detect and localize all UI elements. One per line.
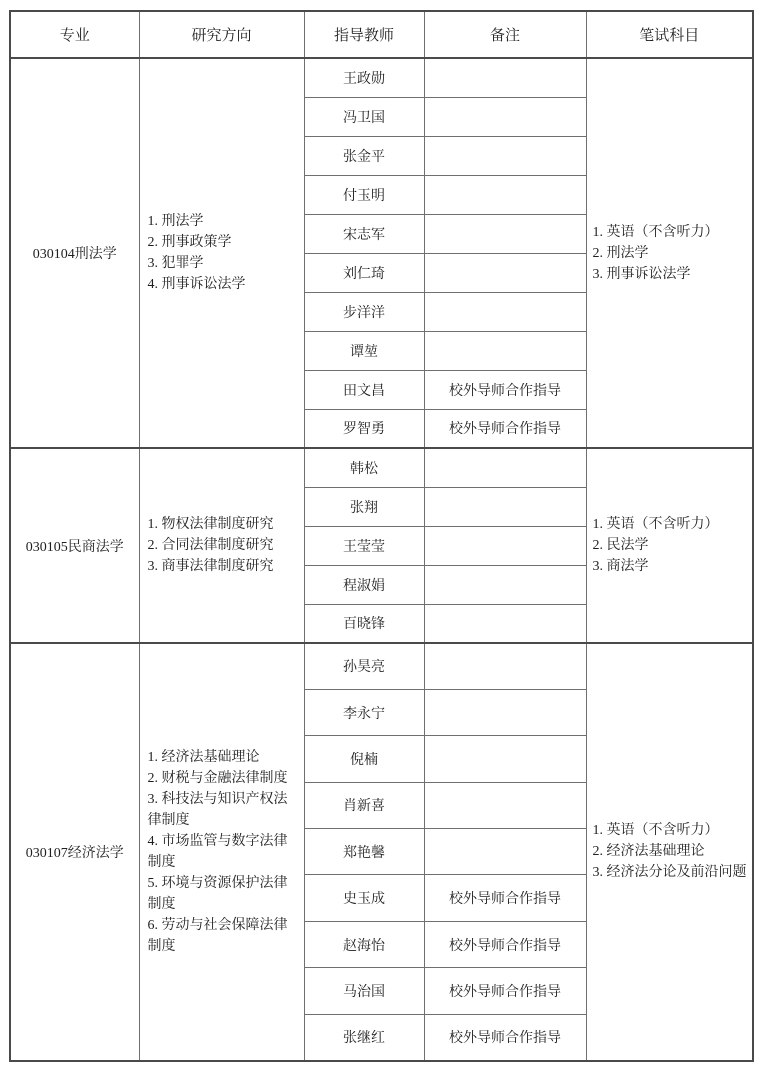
advisor-name-cell: 史玉成	[304, 875, 424, 921]
advisor-name-cell: 宋志军	[304, 214, 424, 253]
header-row: 专业 研究方向 指导教师 备注 笔试科目	[10, 11, 753, 58]
note-cell: 校外导师合作指导	[424, 1014, 586, 1060]
advisor-row: 030104刑法学 1. 刑法学 2. 刑事政策学 3. 犯罪学 4. 刑事诉讼…	[10, 58, 753, 97]
advisor-name-cell: 韩松	[304, 448, 424, 487]
advisor-row: 030105民商法学 1. 物权法律制度研究 2. 合同法律制度研究 3. 商事…	[10, 448, 753, 487]
note-cell	[424, 604, 586, 643]
note-cell	[424, 58, 586, 97]
col-header-subjects: 笔试科目	[586, 11, 753, 58]
note-cell	[424, 253, 586, 292]
advisor-name-cell: 倪楠	[304, 736, 424, 782]
major-cell: 030107经济法学	[10, 643, 139, 1061]
note-cell	[424, 643, 586, 689]
advisor-name-cell: 李永宁	[304, 689, 424, 735]
advisor-name-cell: 程淑娟	[304, 565, 424, 604]
advisor-name-cell: 马治国	[304, 968, 424, 1014]
note-cell	[424, 487, 586, 526]
major-cell: 030104刑法学	[10, 58, 139, 448]
advisor-name-cell: 郑艳馨	[304, 829, 424, 875]
advisor-row: 030107经济法学 1. 经济法基础理论 2. 财税与金融法律制度 3. 科技…	[10, 643, 753, 689]
note-cell	[424, 829, 586, 875]
advisor-name-cell: 刘仁琦	[304, 253, 424, 292]
advisor-name-cell: 百晓锋	[304, 604, 424, 643]
advisor-name-cell: 张继红	[304, 1014, 424, 1060]
advisor-name-cell: 张金平	[304, 136, 424, 175]
advisor-name-cell: 付玉明	[304, 175, 424, 214]
note-cell: 校外导师合作指导	[424, 968, 586, 1014]
subjects-cell: 1. 英语（不含听力） 2. 经济法基础理论 3. 经济法分论及前沿问题	[586, 643, 753, 1061]
advisor-name-cell: 罗智勇	[304, 409, 424, 448]
note-cell	[424, 136, 586, 175]
directions-cell: 1. 经济法基础理论 2. 财税与金融法律制度 3. 科技法与知识产权法律制度 …	[139, 643, 304, 1061]
note-cell	[424, 97, 586, 136]
advisor-name-cell: 冯卫国	[304, 97, 424, 136]
col-header-major: 专业	[10, 11, 139, 58]
admissions-table: 专业 研究方向 指导教师 备注 笔试科目 030104刑法学 1. 刑法学 2.…	[9, 10, 754, 1062]
document-page: 专业 研究方向 指导教师 备注 笔试科目 030104刑法学 1. 刑法学 2.…	[0, 0, 760, 1068]
advisor-name-cell: 赵海怡	[304, 921, 424, 967]
advisor-name-cell: 步洋洋	[304, 292, 424, 331]
note-cell: 校外导师合作指导	[424, 370, 586, 409]
note-cell	[424, 214, 586, 253]
note-cell	[424, 526, 586, 565]
advisor-name-cell: 谭堃	[304, 331, 424, 370]
directions-cell: 1. 物权法律制度研究 2. 合同法律制度研究 3. 商事法律制度研究	[139, 448, 304, 643]
note-cell	[424, 175, 586, 214]
note-cell	[424, 736, 586, 782]
note-cell: 校外导师合作指导	[424, 875, 586, 921]
major-cell: 030105民商法学	[10, 448, 139, 643]
subjects-cell: 1. 英语（不含听力） 2. 刑法学 3. 刑事诉讼法学	[586, 58, 753, 448]
directions-cell: 1. 刑法学 2. 刑事政策学 3. 犯罪学 4. 刑事诉讼法学	[139, 58, 304, 448]
col-header-note: 备注	[424, 11, 586, 58]
note-cell	[424, 782, 586, 828]
advisor-name-cell: 王政勋	[304, 58, 424, 97]
note-cell	[424, 689, 586, 735]
col-header-advisor: 指导教师	[304, 11, 424, 58]
subjects-cell: 1. 英语（不含听力） 2. 民法学 3. 商法学	[586, 448, 753, 643]
advisor-name-cell: 张翔	[304, 487, 424, 526]
advisor-name-cell: 王莹莹	[304, 526, 424, 565]
note-cell	[424, 331, 586, 370]
note-cell	[424, 292, 586, 331]
note-cell	[424, 448, 586, 487]
note-cell	[424, 565, 586, 604]
advisor-name-cell: 孙昊亮	[304, 643, 424, 689]
advisor-name-cell: 田文昌	[304, 370, 424, 409]
note-cell: 校外导师合作指导	[424, 921, 586, 967]
col-header-directions: 研究方向	[139, 11, 304, 58]
note-cell: 校外导师合作指导	[424, 409, 586, 448]
advisor-name-cell: 肖新喜	[304, 782, 424, 828]
